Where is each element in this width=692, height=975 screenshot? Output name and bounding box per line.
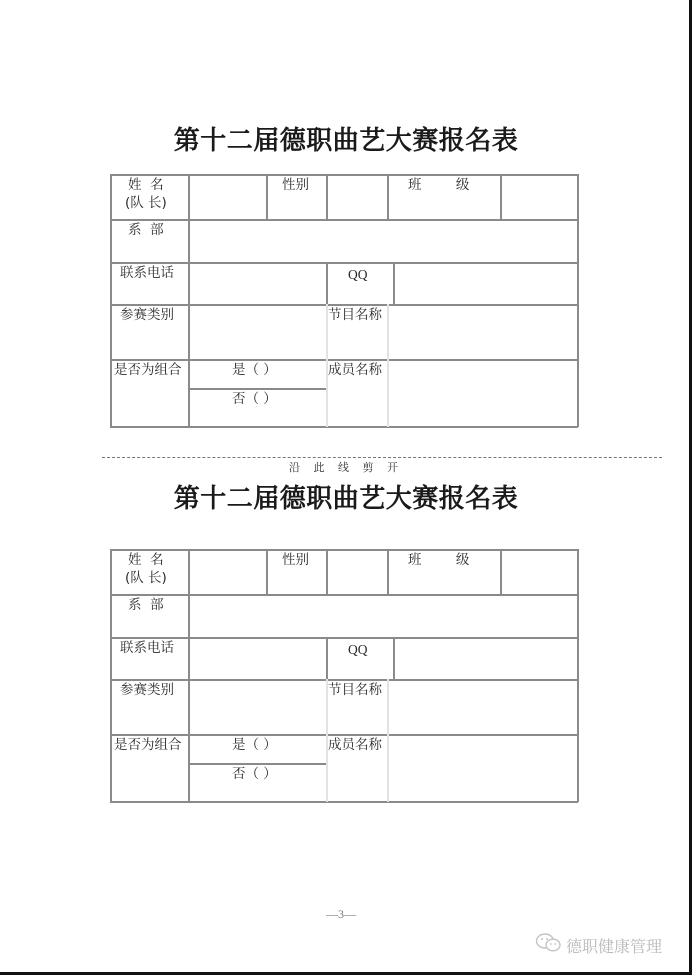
grid-line xyxy=(110,549,112,802)
is-group-label: 是否为组合 xyxy=(114,362,182,379)
class-label: 班 级 xyxy=(408,177,469,194)
watermark: 德职健康管理 xyxy=(535,932,662,958)
captain-label: (队 长) xyxy=(125,195,167,212)
grid-line xyxy=(266,174,268,219)
grid-line xyxy=(110,174,112,427)
category-label: 参赛类别 xyxy=(120,682,174,699)
registration-form-2: 姓 名 (队 长) 性别 班 级 系 部 联系电话 QQ 参赛类别 节目名称 是… xyxy=(110,549,578,802)
qq-label: QQ xyxy=(348,641,368,658)
qq-field[interactable] xyxy=(395,264,576,303)
watermark-text: 德职健康管理 xyxy=(566,934,662,957)
is-group-label: 是否为组合 xyxy=(114,737,182,754)
grid-line xyxy=(387,549,389,594)
cut-line-label: 沿 此 线 剪 开 xyxy=(0,459,692,475)
cut-line xyxy=(102,457,662,458)
form-title: 第十二届德职曲艺大赛报名表 xyxy=(0,120,692,157)
grid-line xyxy=(188,763,326,765)
department-field[interactable] xyxy=(190,596,576,636)
grid-line xyxy=(188,388,326,390)
gender-field[interactable] xyxy=(328,551,386,593)
program-name-field[interactable] xyxy=(389,306,576,358)
phone-label: 联系电话 xyxy=(120,640,174,657)
grid-line xyxy=(577,174,579,427)
phone-field[interactable] xyxy=(190,639,325,678)
grid-line xyxy=(110,426,578,428)
gender-field[interactable] xyxy=(328,176,386,218)
category-field[interactable] xyxy=(190,306,325,358)
name-field[interactable] xyxy=(190,551,265,593)
group-no-option[interactable]: 否（ ） xyxy=(232,391,277,408)
program-name-field[interactable] xyxy=(389,681,576,733)
grid-line xyxy=(266,549,268,594)
gender-label: 性别 xyxy=(282,177,309,194)
registration-form-1: 姓 名 (队 长) 性别 班 级 系 部 联系电话 QQ 参赛类别 节目名称 是… xyxy=(110,174,578,427)
class-field[interactable] xyxy=(502,551,576,593)
class-field[interactable] xyxy=(502,176,576,218)
grid-line xyxy=(110,801,578,803)
group-no-option[interactable]: 否（ ） xyxy=(232,766,277,783)
program-name-label: 节目名称 xyxy=(328,682,382,699)
name-label: 姓 名 xyxy=(128,552,164,569)
department-field[interactable] xyxy=(190,221,576,261)
captain-label: (队 长) xyxy=(125,570,167,587)
grid-line xyxy=(387,174,389,219)
gender-label: 性别 xyxy=(282,552,309,569)
qq-label: QQ xyxy=(348,266,368,283)
class-label: 班 级 xyxy=(408,552,469,569)
page-number: —3— xyxy=(326,907,356,922)
member-names-field[interactable] xyxy=(389,361,576,425)
form-title: 第十二届德职曲艺大赛报名表 xyxy=(0,478,692,515)
phone-label: 联系电话 xyxy=(120,265,174,282)
member-names-field[interactable] xyxy=(389,736,576,800)
name-label: 姓 名 xyxy=(128,177,164,194)
grid-line xyxy=(326,262,328,304)
grid-line xyxy=(577,549,579,802)
category-label: 参赛类别 xyxy=(120,307,174,324)
wechat-icon xyxy=(535,932,563,958)
department-label: 系 部 xyxy=(128,597,164,614)
member-names-label: 成员名称 xyxy=(328,362,382,379)
department-label: 系 部 xyxy=(128,222,164,239)
category-field[interactable] xyxy=(190,681,325,733)
qq-field[interactable] xyxy=(395,639,576,678)
name-field[interactable] xyxy=(190,176,265,218)
phone-field[interactable] xyxy=(190,264,325,303)
group-yes-option[interactable]: 是（ ） xyxy=(232,362,277,379)
member-names-label: 成员名称 xyxy=(328,737,382,754)
grid-line xyxy=(326,637,328,679)
program-name-label: 节目名称 xyxy=(328,307,382,324)
group-yes-option[interactable]: 是（ ） xyxy=(232,737,277,754)
